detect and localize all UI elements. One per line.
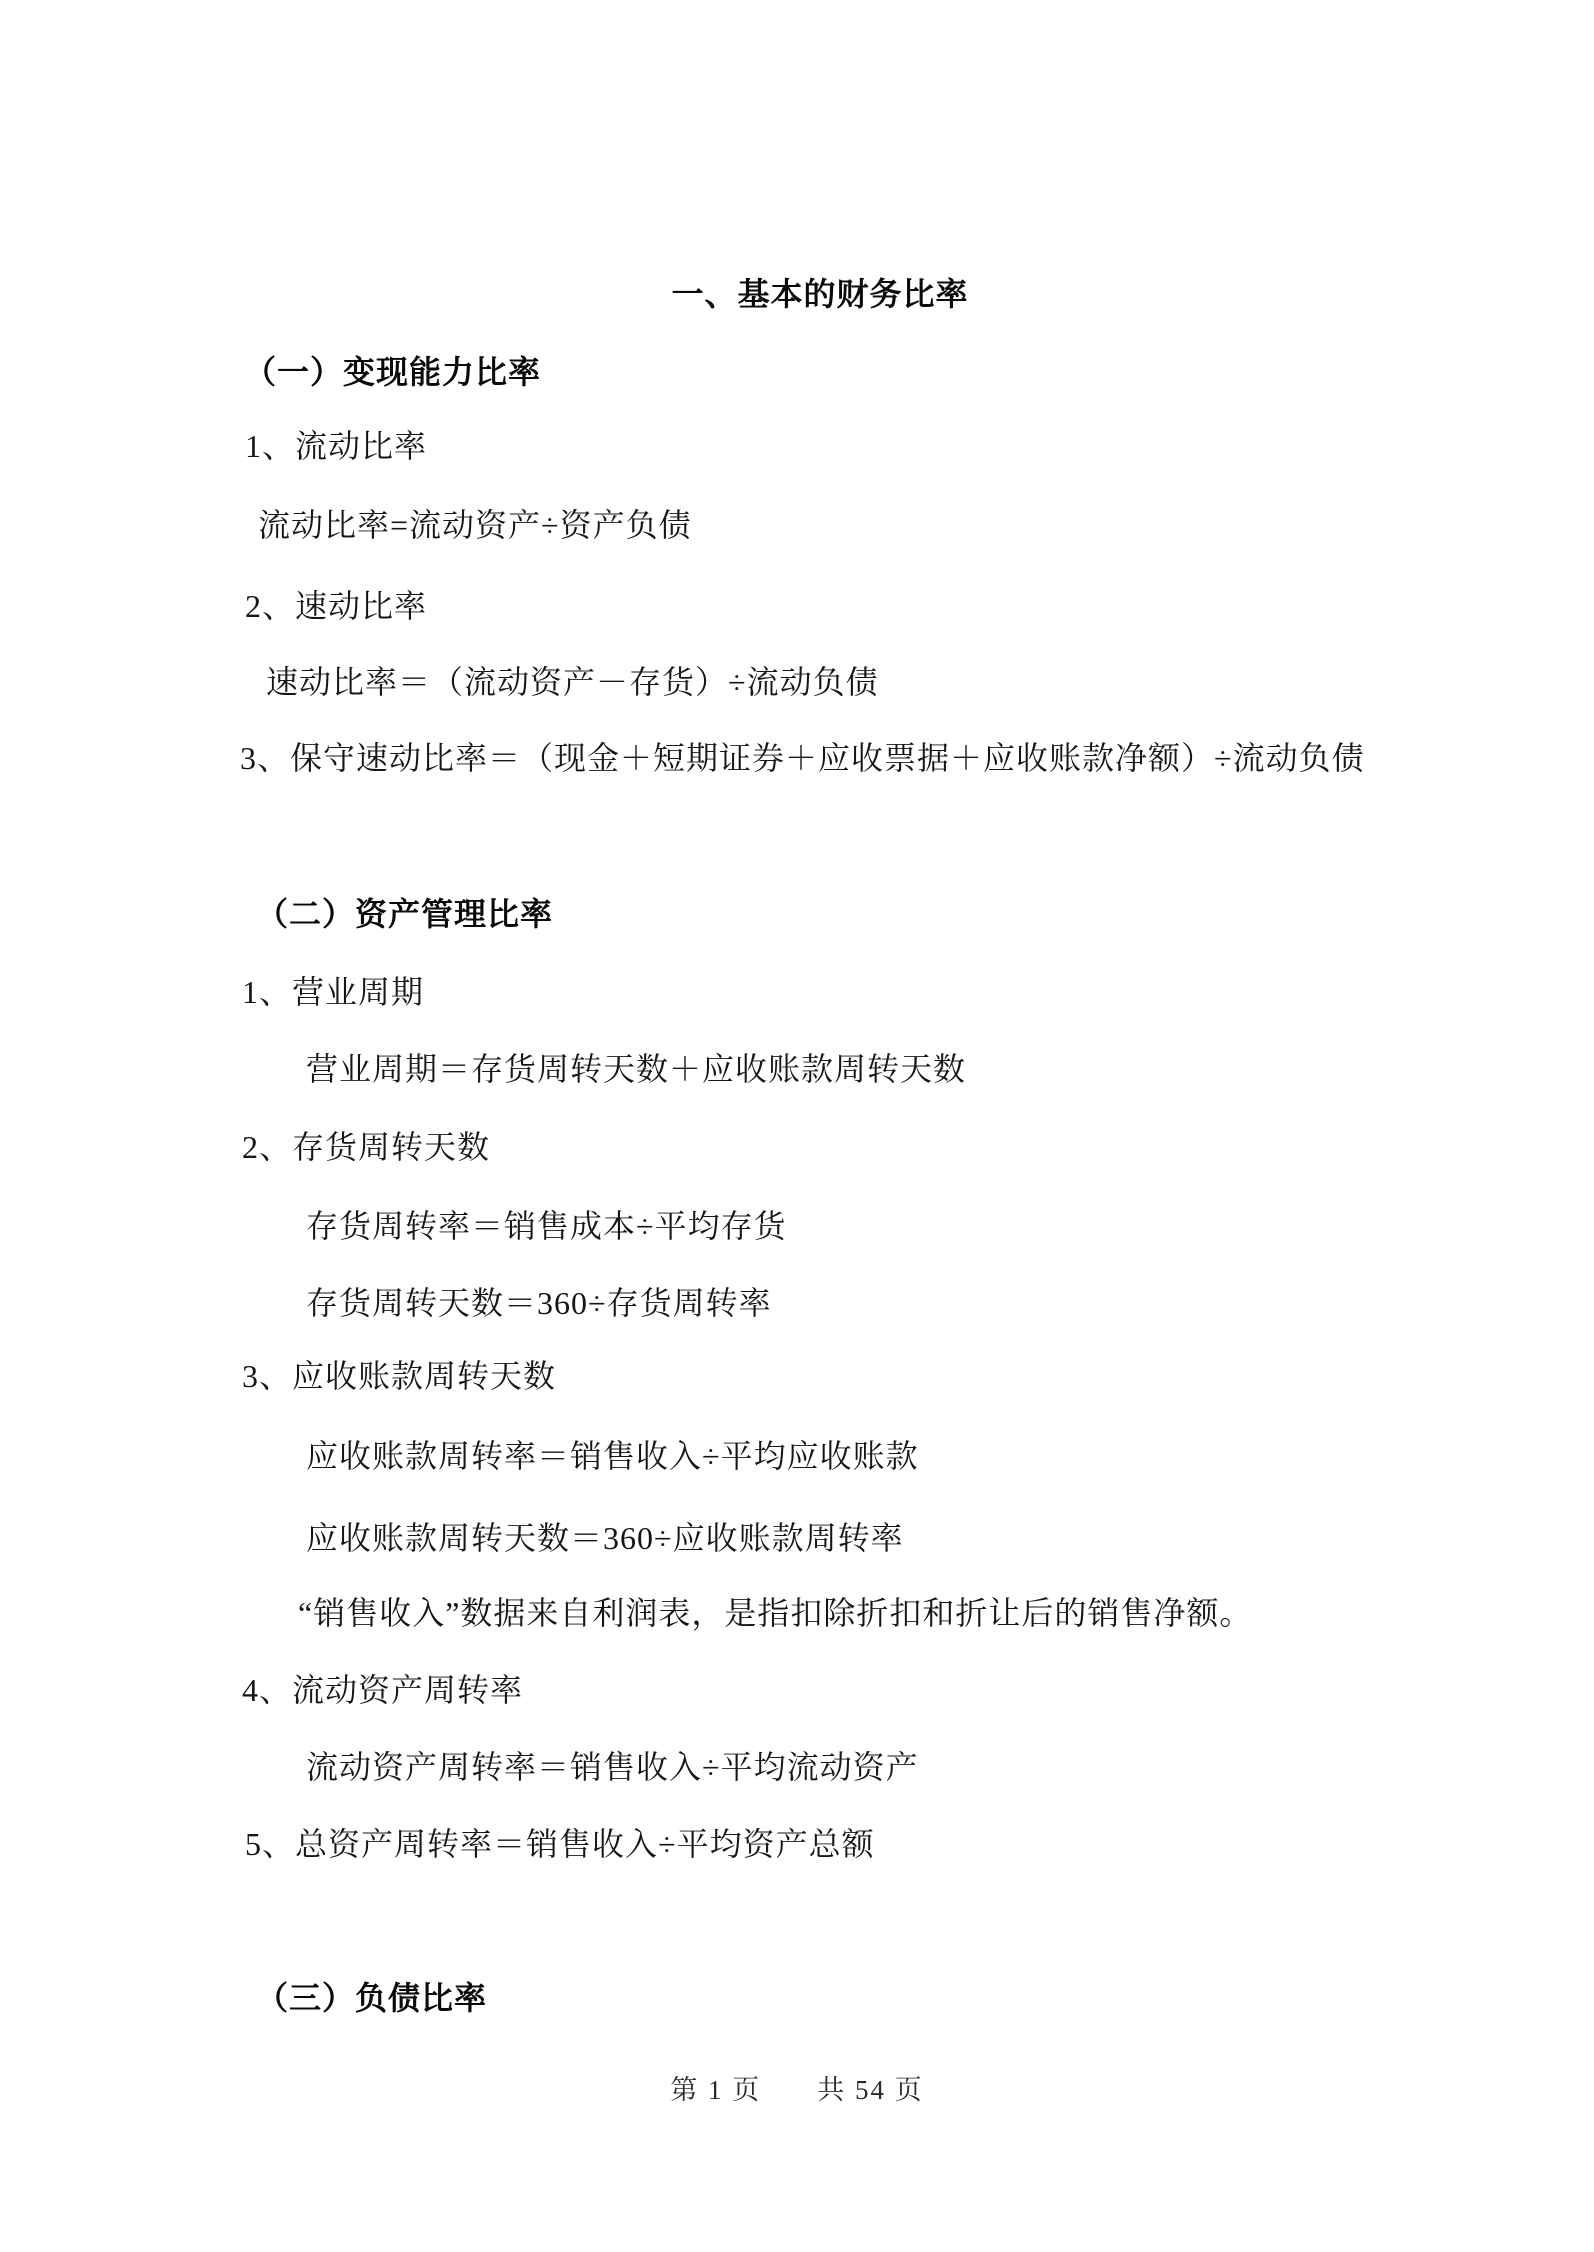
- item-current-ratio: 1、流动比率: [245, 428, 427, 465]
- formula-current-ratio: 流动比率=流动资产÷资产负债: [258, 507, 692, 544]
- formula-quick-ratio: 速动比率＝（流动资产－存货）÷流动负债: [266, 664, 879, 701]
- item-current-asset-turnover: 4、流动资产周转率: [242, 1672, 523, 1709]
- formula-receivable-turnover-days: 应收账款周转天数＝360÷应收账款周转率: [306, 1520, 904, 1557]
- formula-inventory-turnover: 存货周转率＝销售成本÷平均存货: [306, 1208, 787, 1245]
- note-sales-revenue: “销售收入”数据来自利润表，是指扣除折扣和折让后的销售净额。: [298, 1595, 1252, 1632]
- item-total-asset-turnover: 5、总资产周转率＝销售收入÷平均资产总额: [245, 1826, 875, 1863]
- heading-liquidity-ratios: （一）变现能力比率: [244, 354, 541, 391]
- formula-current-asset-turnover: 流动资产周转率＝销售收入÷平均流动资产: [306, 1749, 919, 1786]
- item-conservative-quick-ratio: 3、保守速动比率＝（现金＋短期证券＋应收票据＋应收账款净额）÷流动负债: [240, 740, 1365, 777]
- heading-asset-management-ratios: （二）资产管理比率: [256, 896, 553, 933]
- item-quick-ratio: 2、速动比率: [245, 588, 427, 625]
- item-receivable-turnover-days: 3、应收账款周转天数: [242, 1358, 556, 1395]
- heading-debt-ratios: （三）负债比率: [256, 1980, 487, 2017]
- page-footer: 第 1 页 共 54 页: [0, 2068, 1594, 2107]
- formula-inventory-turnover-days: 存货周转天数＝360÷存货周转率: [306, 1285, 772, 1322]
- document-page: 一、基本的财务比率 （一）变现能力比率 1、流动比率 流动比率=流动资产÷资产负…: [0, 0, 1594, 2252]
- footer-current-page: 第 1 页: [670, 2068, 761, 2107]
- item-operating-cycle: 1、营业周期: [242, 974, 424, 1011]
- formula-operating-cycle: 营业周期＝存货周转天数＋应收账款周转天数: [306, 1051, 966, 1088]
- formula-receivable-turnover: 应收账款周转率＝销售收入÷平均应收账款: [306, 1438, 919, 1475]
- footer-total-pages: 共 54 页: [817, 2068, 924, 2107]
- doc-title: 一、基本的财务比率: [46, 276, 1594, 313]
- item-inventory-turnover-days: 2、存货周转天数: [242, 1129, 490, 1166]
